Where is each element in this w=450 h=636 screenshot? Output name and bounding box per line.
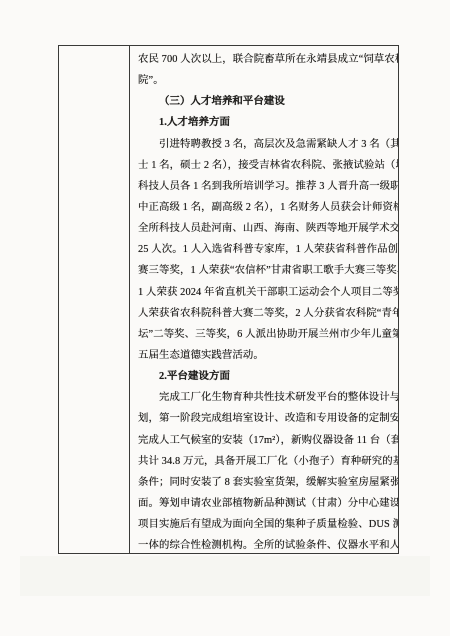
text-line: 完成人工气候室的安装（17m²），新购仪器设备 11 台（套）， xyxy=(138,430,393,451)
text-line: 全所科技人员赴河南、山西、海南、陕西等地开展学术交流 xyxy=(138,218,393,239)
scan-texture xyxy=(20,556,430,596)
text-line: 科技人员各 1 名到我所培训学习。推荐 3 人晋升高一级职称（其 xyxy=(138,176,393,197)
text-line: 1 人荣获 2024 年省直机关干部职工运动会个人项目二等奖、1 xyxy=(138,282,393,303)
text-line: 中正高级 1 名，副高级 2 名），1 名财务人员获会计师资格。 xyxy=(138,197,393,218)
text-line: 院”。 xyxy=(138,70,393,91)
form-table: 农民 700 人次以上，联合院畜草所在永靖县成立“饲草农科小 院”。 （三）人才… xyxy=(58,45,399,554)
text-line: 坛”二等奖、三等奖，6 人派出协助开展兰州市少年儿童第十 xyxy=(138,324,393,345)
subsection-heading: 2.平台建设方面 xyxy=(138,366,393,387)
table-label-column xyxy=(59,46,130,553)
text-line: 面。筹划申请农业部植物新品种测试（甘肃）分中心建设项目， xyxy=(138,493,393,514)
section-heading: （三）人才培养和平台建设 xyxy=(138,91,393,112)
text-line: 一体的综合性检测机构。全所的试验条件、仪器水平和人员能 xyxy=(138,535,393,553)
text-line: 条件；同时安装了 8 套实验室货架，缓解实验室房屋紧张的局 xyxy=(138,472,393,493)
text-line: 赛三等奖，1 人荣获“农信杯”甘肃省职工歌手大赛三等奖、 xyxy=(138,260,393,281)
text-line: 项目实施后有望成为面向全国的集种子质量检验、DUS 测试于 xyxy=(138,514,393,535)
text-line: 共计 34.8 万元，具备开展工厂化（小孢子）育种研究的基本 xyxy=(138,451,393,472)
text-line: 人荣获省农科院科普大赛二等奖，2 人分获省农科院“青年讲 xyxy=(138,303,393,324)
text-line: 引进特聘教授 3 名，高层次及急需紧缺人才 3 名（其中博 xyxy=(138,134,393,155)
text-line: 划，第一阶段完成组培室设计、改造和专用设备的定制安装； xyxy=(138,408,393,429)
text-line: 25 人次。1 人入选省科普专家库，1 人荣获省科普作品创作大 xyxy=(138,239,393,260)
text-line: 完成工厂化生物育种共性技术研发平台的整体设计与规 xyxy=(138,387,393,408)
text-line: 农民 700 人次以上，联合院畜草所在永靖县成立“饲草农科小 xyxy=(138,49,393,70)
text-line: 士 1 名，硕士 2 名），接受吉林省农科院、张掖试验站（场） xyxy=(138,155,393,176)
subsection-heading: 1.人才培养方面 xyxy=(138,112,393,133)
table-content-cell: 农民 700 人次以上，联合院畜草所在永靖县成立“饲草农科小 院”。 （三）人才… xyxy=(130,46,398,553)
text-line: 五届生态道德实践营活动。 xyxy=(138,345,393,366)
